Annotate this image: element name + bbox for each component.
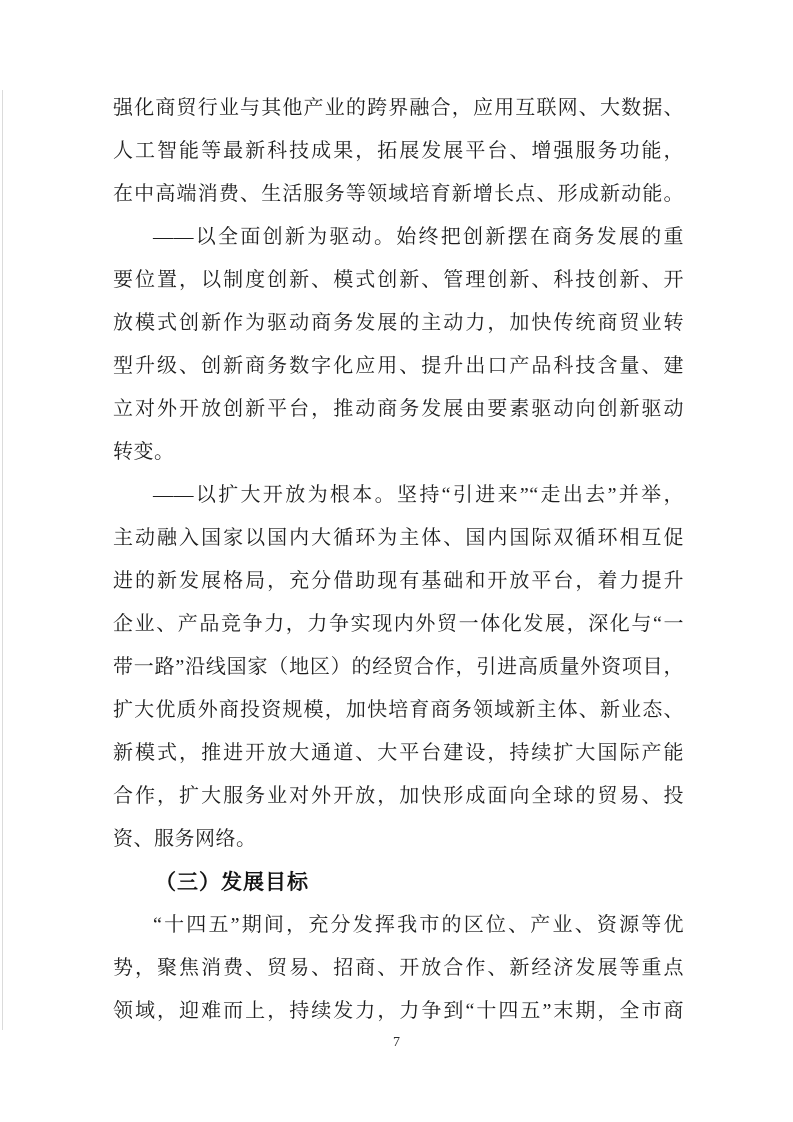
text-line: 强化商贸行业与其他产业的跨界融合，应用互联网、大数据、 — [113, 87, 684, 130]
text-line: 扩大优质外商投资规模，加快培育商务领域新主体、新业态、 — [113, 689, 684, 732]
text-line: 要位置，以制度创新、模式创新、管理创新、科技创新、开 — [113, 259, 684, 302]
text-line: 放模式创新作为驱动商务发展的主动力，加快传统商贸业转 — [113, 302, 684, 345]
text-line: “十四五”期间，充分发挥我市的区位、产业、资源等优 — [113, 904, 684, 947]
paragraph-continuation: 强化商贸行业与其他产业的跨界融合，应用互联网、大数据、 人工智能等最新科技成果，… — [113, 87, 684, 216]
text-line: 主动融入国家以国内大循环为主体、国内国际双循环相互促 — [113, 517, 684, 560]
document-text-block: 强化商贸行业与其他产业的跨界融合，应用互联网、大数据、 人工智能等最新科技成果，… — [113, 87, 684, 1033]
text-line: 领域，迎难而上，持续发力，力争到“十四五”末期，全市商 — [113, 990, 684, 1033]
document-page: 强化商贸行业与其他产业的跨界融合，应用互联网、大数据、 人工智能等最新科技成果，… — [0, 0, 793, 1122]
text-line: 合作，扩大服务业对外开放，加快形成面向全球的贸易、投 — [113, 775, 684, 818]
text-line: ——以扩大开放为根本。坚持“引进来”“走出去”并举， — [113, 474, 684, 517]
text-line: ——以全面创新为驱动。始终把创新摆在商务发展的重 — [113, 216, 684, 259]
text-line: 企业、产品竞争力，力争实现内外贸一体化发展，深化与“一 — [113, 603, 684, 646]
text-line: 立对外开放创新平台，推动商务发展由要素驱动向创新驱动 — [113, 388, 684, 431]
text-line: 资、服务网络。 — [113, 818, 684, 861]
paragraph-innovation-driven: ——以全面创新为驱动。始终把创新摆在商务发展的重 要位置，以制度创新、模式创新、… — [113, 216, 684, 474]
text-line: 在中高端消费、生活服务等领域培育新增长点、形成新动能。 — [113, 173, 684, 216]
paragraph-development-goals: “十四五”期间，充分发挥我市的区位、产业、资源等优 势，聚焦消费、贸易、招商、开… — [113, 904, 684, 1033]
paragraph-opening-up: ——以扩大开放为根本。坚持“引进来”“走出去”并举， 主动融入国家以国内大循环为… — [113, 474, 684, 861]
text-line: 新模式，推进开放大通道、大平台建设，持续扩大国际产能 — [113, 732, 684, 775]
text-line: 人工智能等最新科技成果，拓展发展平台、增强服务功能， — [113, 130, 684, 173]
text-line: 进的新发展格局，充分借助现有基础和开放平台，着力提升 — [113, 560, 684, 603]
scan-edge-artifact-line — [2, 90, 3, 1030]
page-number: 7 — [393, 1035, 400, 1050]
page-footer: 7 — [0, 1033, 793, 1053]
text-line: 带一路”沿线国家（地区）的经贸合作，引进高质量外资项目， — [113, 646, 684, 689]
text-line: 转变。 — [113, 431, 684, 474]
text-line: 势，聚焦消费、贸易、招商、开放合作、新经济发展等重点 — [113, 947, 684, 990]
section-heading-development-goals: （三）发展目标 — [113, 861, 684, 904]
text-line: 型升级、创新商务数字化应用、提升出口产品科技含量、建 — [113, 345, 684, 388]
